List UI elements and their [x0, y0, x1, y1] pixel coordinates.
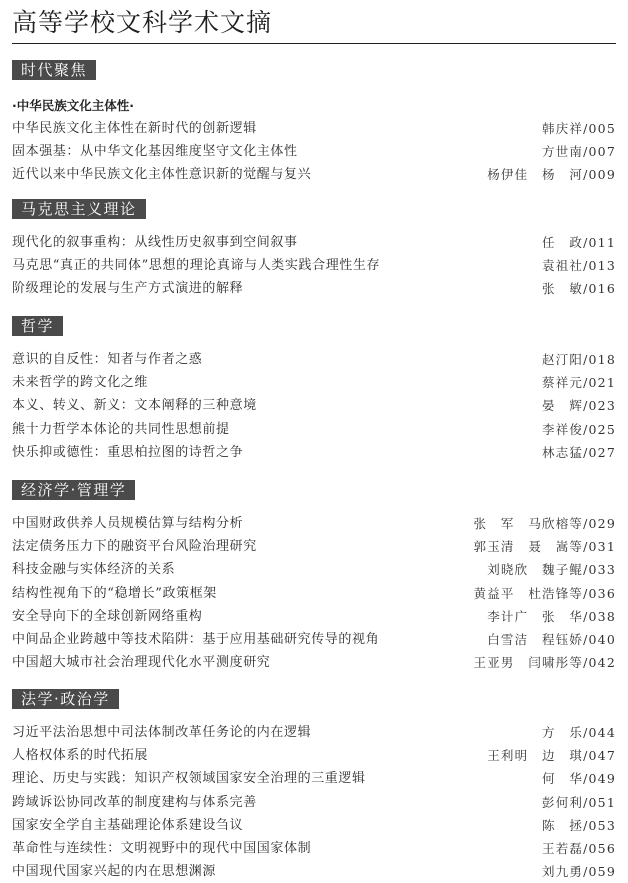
toc-entry[interactable]: 人格权体系的时代拓展王利明 边 琪/047 — [12, 744, 616, 767]
entry-list: 现代化的叙事重构：从线性历史叙事到空间叙事任 政/011 马克思“真正的共同体”… — [12, 231, 616, 301]
entry-author-page: 王亚男 闫啸彤等/042 — [474, 651, 616, 674]
section-tag: 经济学·管理学 — [12, 480, 135, 500]
entry-title: 习近平法治思想中司法体制改革任务论的内在逻辑 — [12, 721, 311, 744]
toc-entry[interactable]: 中国财政供养人员规模估算与结构分析张 军 马欣榕等/029 — [12, 512, 616, 535]
entry-author-page: 张 军 马欣榕等/029 — [474, 512, 616, 535]
section-era-focus: 时代聚焦 ·中华民族文化主体性· 中华民族文化主体性在新时代的创新逻辑韩庆祥/0… — [12, 60, 616, 187]
entry-title: 安全导向下的全球创新网络重构 — [12, 605, 202, 628]
toc-entry[interactable]: 安全导向下的全球创新网络重构李计广 张 华/038 — [12, 605, 616, 628]
toc-entry[interactable]: 固本强基：从中华文化基因维度坚守文化主体性方世南/007 — [12, 140, 616, 163]
entry-title: 人格权体系的时代拓展 — [12, 744, 148, 767]
entry-title: 未来哲学的跨文化之维 — [12, 371, 148, 394]
entry-author-page: 袁祖社/013 — [542, 254, 616, 277]
entry-author-page: 刘九勇/059 — [542, 860, 616, 883]
toc-entry[interactable]: 中国现代国家兴起的内在思想渊源刘九勇/059 — [12, 860, 616, 883]
entry-author-page: 任 政/011 — [542, 231, 616, 254]
entry-author-page: 晏 辉/023 — [542, 394, 616, 417]
entry-author-page: 郭玉清 聂 嵩等/031 — [474, 535, 616, 558]
section-law-politics: 法学·政治学 习近平法治思想中司法体制改革任务论的内在逻辑方 乐/044 人格权… — [12, 689, 616, 883]
entry-author-page: 陈 拯/053 — [542, 814, 616, 837]
section-tag: 时代聚焦 — [12, 60, 96, 80]
entry-author-page: 王利明 边 琪/047 — [487, 744, 616, 767]
entry-list: 意识的自反性：知者与作者之惑赵汀阳/018 未来哲学的跨文化之维蔡祥元/021 … — [12, 348, 616, 464]
entry-title: 意识的自反性：知者与作者之惑 — [12, 348, 202, 371]
entry-author-page: 林志猛/027 — [542, 441, 616, 464]
toc-entry[interactable]: 快乐抑或德性：重思柏拉图的诗哲之争林志猛/027 — [12, 441, 616, 464]
section-philosophy: 哲学 意识的自反性：知者与作者之惑赵汀阳/018 未来哲学的跨文化之维蔡祥元/0… — [12, 316, 616, 464]
section-tag: 马克思主义理论 — [12, 199, 146, 219]
toc-entry[interactable]: 跨域诉讼协同改革的制度建构与体系完善彭何利/051 — [12, 791, 616, 814]
entry-author-page: 韩庆祥/005 — [542, 117, 616, 140]
entry-title: 理论、历史与实践：知识产权领域国家安全治理的三重逻辑 — [12, 767, 366, 790]
toc-entry[interactable]: 马克思“真正的共同体”思想的理论真谛与人类实践合理性生存袁祖社/013 — [12, 254, 616, 277]
entry-author-page: 方世南/007 — [542, 140, 616, 163]
entry-author-page: 赵汀阳/018 — [542, 348, 616, 371]
toc-entry[interactable]: 习近平法治思想中司法体制改革任务论的内在逻辑方 乐/044 — [12, 721, 616, 744]
toc-entry[interactable]: 未来哲学的跨文化之维蔡祥元/021 — [12, 371, 616, 394]
entry-title: 快乐抑或德性：重思柏拉图的诗哲之争 — [12, 441, 243, 464]
entry-title: 近代以来中华民族文化主体性意识新的觉醒与复兴 — [12, 163, 311, 186]
toc-entry[interactable]: 科技金融与实体经济的关系刘晓欣 魏子鲲/033 — [12, 558, 616, 581]
toc-entry[interactable]: 本义、转义、新义：文本阐释的三种意境晏 辉/023 — [12, 394, 616, 417]
entry-title: 本义、转义、新义：文本阐释的三种意境 — [12, 394, 257, 417]
entry-list: 中国财政供养人员规模估算与结构分析张 军 马欣榕等/029 法定债务压力下的融资… — [12, 512, 616, 674]
toc-entry[interactable]: 近代以来中华民族文化主体性意识新的觉醒与复兴杨伊佳 杨 河/009 — [12, 163, 616, 186]
entry-author-page: 黄益平 杜浩锋等/036 — [474, 582, 616, 605]
entry-author-page: 李祥俊/025 — [542, 418, 616, 441]
entry-author-page: 方 乐/044 — [542, 721, 616, 744]
toc-entry[interactable]: 理论、历史与实践：知识产权领域国家安全治理的三重逻辑何 华/049 — [12, 767, 616, 790]
entry-title: 现代化的叙事重构：从线性历史叙事到空间叙事 — [12, 231, 298, 254]
entry-author-page: 白雪洁 程钰娇/040 — [487, 628, 616, 651]
entry-title: 马克思“真正的共同体”思想的理论真谛与人类实践合理性生存 — [12, 254, 380, 277]
section-subhead: ·中华民族文化主体性· — [12, 94, 616, 117]
entry-title: 国家安全学自主基础理论体系建设刍议 — [12, 814, 243, 837]
entry-author-page: 张 敏/016 — [542, 277, 616, 300]
entry-author-page: 彭何利/051 — [542, 791, 616, 814]
section-marxism: 马克思主义理论 现代化的叙事重构：从线性历史叙事到空间叙事任 政/011 马克思… — [12, 199, 616, 301]
entry-title: 中间品企业跨越中等技术陷阱：基于应用基础研究传导的视角 — [12, 628, 379, 651]
entry-title: 结构性视角下的“稳增长”政策框架 — [12, 582, 217, 605]
entry-list: 习近平法治思想中司法体制改革任务论的内在逻辑方 乐/044 人格权体系的时代拓展… — [12, 721, 616, 883]
toc-entry[interactable]: 熊十力哲学本体论的共同性思想前提李祥俊/025 — [12, 418, 616, 441]
entry-title: 跨域诉讼协同改革的制度建构与体系完善 — [12, 791, 257, 814]
toc-entry[interactable]: 现代化的叙事重构：从线性历史叙事到空间叙事任 政/011 — [12, 231, 616, 254]
toc-entry[interactable]: 革命性与连续性：文明视野中的现代中国国家体制王若磊/056 — [12, 837, 616, 860]
entry-title: 阶级理论的发展与生产方式演进的解释 — [12, 277, 243, 300]
entry-title: 熊十力哲学本体论的共同性思想前提 — [12, 418, 230, 441]
toc-entry[interactable]: 国家安全学自主基础理论体系建设刍议陈 拯/053 — [12, 814, 616, 837]
entry-list: 中华民族文化主体性在新时代的创新逻辑韩庆祥/005 固本强基：从中华文化基因维度… — [12, 117, 616, 187]
entry-title: 科技金融与实体经济的关系 — [12, 558, 175, 581]
toc-entry[interactable]: 中间品企业跨越中等技术陷阱：基于应用基础研究传导的视角白雪洁 程钰娇/040 — [12, 628, 616, 651]
toc-entry[interactable]: 结构性视角下的“稳增长”政策框架黄益平 杜浩锋等/036 — [12, 582, 616, 605]
entry-title: 法定债务压力下的融资平台风险治理研究 — [12, 535, 257, 558]
entry-author-page: 李计广 张 华/038 — [487, 605, 616, 628]
entry-title: 中国财政供养人员规模估算与结构分析 — [12, 512, 243, 535]
toc-entry[interactable]: 阶级理论的发展与生产方式演进的解释张 敏/016 — [12, 277, 616, 300]
section-tag: 法学·政治学 — [12, 689, 119, 709]
toc-entry[interactable]: 意识的自反性：知者与作者之惑赵汀阳/018 — [12, 348, 616, 371]
toc-entry[interactable]: 法定债务压力下的融资平台风险治理研究郭玉清 聂 嵩等/031 — [12, 535, 616, 558]
toc-entry[interactable]: 中华民族文化主体性在新时代的创新逻辑韩庆祥/005 — [12, 117, 616, 140]
entry-author-page: 刘晓欣 魏子鲲/033 — [487, 558, 616, 581]
entry-author-page: 何 华/049 — [542, 767, 616, 790]
journal-title: 高等学校文科学术文摘 — [12, 6, 616, 40]
entry-author-page: 王若磊/056 — [542, 837, 616, 860]
entry-author-page: 杨伊佳 杨 河/009 — [487, 163, 616, 186]
entry-title: 中国超大城市社会治理现代化水平测度研究 — [12, 651, 270, 674]
entry-author-page: 蔡祥元/021 — [542, 371, 616, 394]
entry-title: 革命性与连续性：文明视野中的现代中国国家体制 — [12, 837, 311, 860]
entry-title: 固本强基：从中华文化基因维度坚守文化主体性 — [12, 140, 298, 163]
section-tag: 哲学 — [12, 316, 63, 336]
masthead: 高等学校文科学术文摘 — [12, 6, 616, 44]
entry-title: 中国现代国家兴起的内在思想渊源 — [12, 860, 216, 883]
entry-title: 中华民族文化主体性在新时代的创新逻辑 — [12, 117, 257, 140]
toc-entry[interactable]: 中国超大城市社会治理现代化水平测度研究王亚男 闫啸彤等/042 — [12, 651, 616, 674]
section-economics-management: 经济学·管理学 中国财政供养人员规模估算与结构分析张 军 马欣榕等/029 法定… — [12, 480, 616, 674]
